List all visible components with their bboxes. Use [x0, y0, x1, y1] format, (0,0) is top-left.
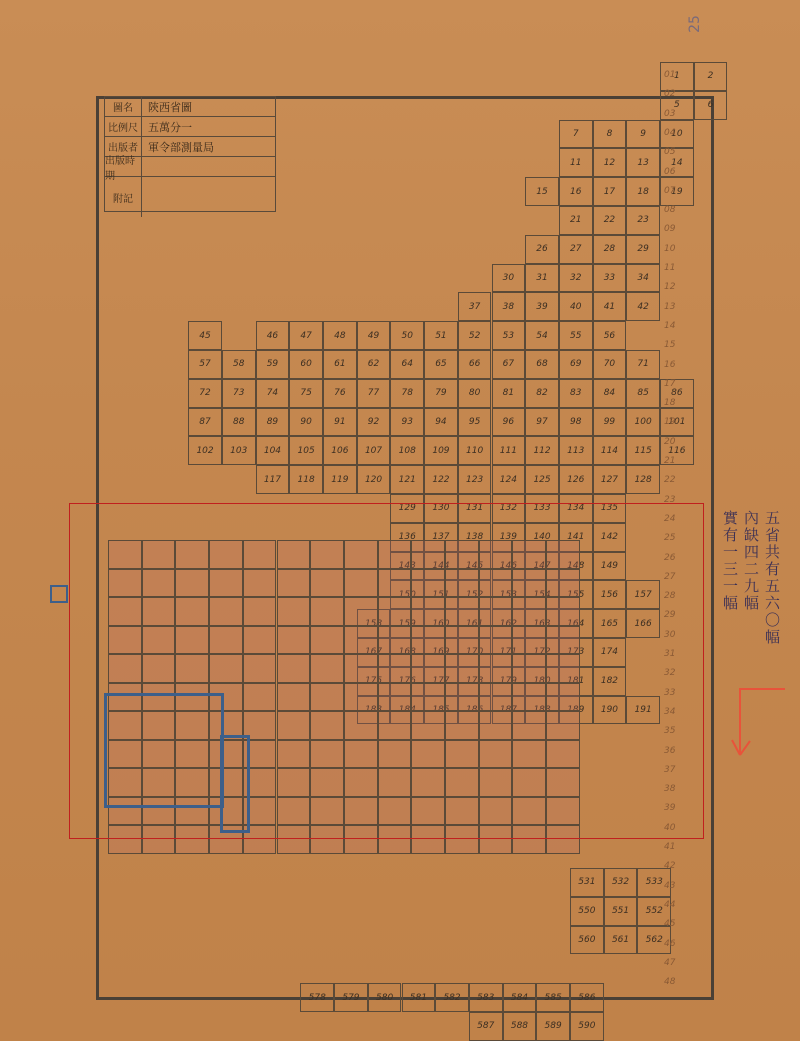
illegible-placename-cell — [310, 626, 344, 655]
illegible-placename-cell — [479, 740, 513, 769]
illegible-placename-cell — [411, 825, 445, 854]
map-sheet-cell: 182 — [593, 667, 627, 696]
map-sheet-cell: 46 — [256, 321, 290, 350]
map-sheet-cell: 117 — [256, 465, 290, 494]
illegible-placename-cell — [277, 740, 311, 769]
map-sheet-cell: 122 — [424, 465, 458, 494]
map-sheet-cell: 13 — [626, 148, 660, 177]
map-sheet-cell: 87 — [188, 408, 222, 437]
map-sheet-cell: 583 — [469, 983, 503, 1012]
note-line: 五省共有五六〇幅 — [762, 510, 783, 646]
map-sheet-cell: 590 — [570, 1012, 604, 1041]
map-sheet-cell: 80 — [458, 379, 492, 408]
map-sheet-cell: 190 — [593, 696, 627, 725]
illegible-placename-cell — [310, 825, 344, 854]
illegible-placename-cell — [546, 597, 580, 626]
illegible-placename-cell — [378, 540, 412, 569]
map-sheet-cell: 589 — [536, 1012, 570, 1041]
row-label: 26 — [664, 553, 675, 563]
map-sheet-cell: 54 — [525, 321, 559, 350]
map-sheet-cell: 73 — [222, 379, 256, 408]
illegible-placename-cell — [378, 825, 412, 854]
illegible-placename-cell — [108, 569, 142, 598]
illegible-placename-cell — [310, 569, 344, 598]
illegible-placename-cell — [310, 654, 344, 683]
map-sheet-cell: 582 — [435, 983, 469, 1012]
illegible-placename-cell — [243, 654, 277, 683]
map-sheet-cell: 52 — [458, 321, 492, 350]
map-sheet-cell: 115 — [626, 436, 660, 465]
row-label: 18 — [664, 398, 675, 408]
map-sheet-cell: 81 — [492, 379, 526, 408]
row-label: 11 — [664, 263, 675, 273]
map-sheet-cell: 129 — [390, 494, 424, 523]
illegible-placename-cell — [479, 540, 513, 569]
illegible-placename-cell — [344, 740, 378, 769]
illegible-placename-cell — [277, 768, 311, 797]
map-sheet-cell: 166 — [626, 609, 660, 638]
map-sheet-cell: 142 — [593, 523, 627, 552]
illegible-placename-cell — [378, 683, 412, 712]
illegible-placename-cell — [310, 768, 344, 797]
row-label: 09 — [664, 224, 675, 234]
map-sheet-cell: 26 — [525, 235, 559, 264]
map-sheet-cell: 27 — [559, 235, 593, 264]
illegible-placename-cell — [411, 797, 445, 826]
row-label: 12 — [664, 282, 675, 292]
map-sheet-cell: 128 — [626, 465, 660, 494]
row-label: 19 — [664, 417, 675, 427]
illegible-placename-cell — [142, 654, 176, 683]
map-sheet-cell: 94 — [424, 408, 458, 437]
map-sheet-cell: 62 — [357, 350, 391, 379]
illegible-placename-cell — [277, 825, 311, 854]
illegible-placename-cell — [411, 740, 445, 769]
illegible-placename-cell — [445, 683, 479, 712]
illegible-placename-cell — [512, 540, 546, 569]
map-sheet-cell: 82 — [525, 379, 559, 408]
map-sheet-cell: 90 — [289, 408, 323, 437]
illegible-placename-cell — [142, 825, 176, 854]
illegible-placename-cell — [344, 711, 378, 740]
illegible-placename-cell — [378, 768, 412, 797]
illegible-placename-cell — [142, 597, 176, 626]
map-sheet-cell: 6 — [694, 91, 728, 120]
map-sheet-cell: 37 — [458, 292, 492, 321]
map-sheet-cell: 8 — [593, 120, 627, 149]
map-sheet-cell: 92 — [357, 408, 391, 437]
map-sheet-cell: 560 — [570, 926, 604, 955]
map-sheet-cell: 95 — [458, 408, 492, 437]
row-label: 42 — [664, 861, 675, 871]
map-sheet-cell: 578 — [300, 983, 334, 1012]
map-sheet-cell: 17 — [593, 177, 627, 206]
map-sheet-cell: 119 — [323, 465, 357, 494]
illegible-placename-cell — [277, 654, 311, 683]
map-sheet-cell: 47 — [289, 321, 323, 350]
map-sheet-cell: 78 — [390, 379, 424, 408]
row-label: 16 — [664, 360, 675, 370]
illegible-placename-cell — [344, 797, 378, 826]
illegible-placename-cell — [243, 626, 277, 655]
illegible-placename-cell — [512, 569, 546, 598]
row-label: 05 — [664, 147, 675, 157]
row-label: 17 — [664, 379, 675, 389]
map-sheet-cell: 45 — [188, 321, 222, 350]
map-sheet-cell: 93 — [390, 408, 424, 437]
highlighted-sheet-block — [104, 693, 224, 808]
illegible-placename-cell — [411, 626, 445, 655]
map-sheet-cell: 149 — [593, 552, 627, 581]
map-sheet-cell: 532 — [604, 868, 638, 897]
map-sheet-cell: 22 — [593, 206, 627, 235]
map-sheet-cell: 32 — [559, 264, 593, 293]
map-sheet-cell: 66 — [458, 350, 492, 379]
illegible-placename-cell — [512, 768, 546, 797]
map-sheet-cell: 104 — [256, 436, 290, 465]
row-label: 28 — [664, 591, 675, 601]
map-sheet-cell: 107 — [357, 436, 391, 465]
illegible-placename-cell — [344, 540, 378, 569]
illegible-placename-cell — [142, 540, 176, 569]
illegible-placename-cell — [512, 740, 546, 769]
illegible-placename-cell — [479, 711, 513, 740]
map-sheet-cell: 580 — [368, 983, 402, 1012]
map-sheet-cell: 113 — [559, 436, 593, 465]
row-label: 13 — [664, 302, 675, 312]
map-sheet-cell: 29 — [626, 235, 660, 264]
illegible-placename-cell — [243, 683, 277, 712]
row-label: 29 — [664, 610, 675, 620]
illegible-placename-cell — [277, 797, 311, 826]
illegible-placename-cell — [546, 654, 580, 683]
map-sheet-cell: 130 — [424, 494, 458, 523]
row-label: 03 — [664, 109, 675, 119]
map-sheet-cell: 584 — [503, 983, 537, 1012]
map-sheet-cell: 64 — [390, 350, 424, 379]
map-sheet-cell: 40 — [559, 292, 593, 321]
illegible-placename-cell — [209, 597, 243, 626]
illegible-placename-cell — [512, 711, 546, 740]
illegible-placename-cell — [512, 597, 546, 626]
illegible-placename-cell — [546, 740, 580, 769]
illegible-placename-cell — [175, 569, 209, 598]
row-label: 48 — [664, 977, 675, 987]
illegible-placename-cell — [512, 683, 546, 712]
illegible-placename-cell — [445, 626, 479, 655]
illegible-placename-cell — [108, 654, 142, 683]
illegible-placename-cell — [209, 654, 243, 683]
map-sheet-cell: 102 — [188, 436, 222, 465]
map-sheet-cell: 71 — [626, 350, 660, 379]
illegible-placename-cell — [445, 711, 479, 740]
map-sheet-cell: 581 — [402, 983, 436, 1012]
map-sheet-cell: 48 — [323, 321, 357, 350]
row-label: 14 — [664, 321, 675, 331]
map-sheet-cell: 586 — [570, 983, 604, 1012]
illegible-placename-cell — [277, 569, 311, 598]
map-sheet-cell: 108 — [390, 436, 424, 465]
illegible-placename-cell — [445, 825, 479, 854]
map-sheet-cell: 134 — [559, 494, 593, 523]
row-label: 37 — [664, 765, 675, 775]
illegible-placename-cell — [512, 825, 546, 854]
illegible-placename-cell — [344, 569, 378, 598]
illegible-placename-cell — [546, 768, 580, 797]
illegible-placename-cell — [546, 540, 580, 569]
map-sheet-cell: 33 — [593, 264, 627, 293]
illegible-placename-cell — [546, 825, 580, 854]
row-label: 15 — [664, 340, 675, 350]
row-label: 46 — [664, 939, 675, 949]
map-sheet-cell: 72 — [188, 379, 222, 408]
row-label: 30 — [664, 630, 675, 640]
map-sheet-cell: 551 — [604, 897, 638, 926]
map-sheet-cell: 67 — [492, 350, 526, 379]
map-sheet-cell: 41 — [593, 292, 627, 321]
illegible-placename-cell — [344, 654, 378, 683]
row-label: 41 — [664, 842, 675, 852]
map-sheet-cell: 587 — [469, 1012, 503, 1041]
map-sheet-cell: 21 — [559, 206, 593, 235]
map-sheet-cell: 51 — [424, 321, 458, 350]
map-sheet-cell: 49 — [357, 321, 391, 350]
map-sheet-cell: 15 — [525, 177, 559, 206]
map-sheet-cell: 85 — [626, 379, 660, 408]
map-sheet-cell: 57 — [188, 350, 222, 379]
metadata-key: 附記 — [105, 177, 142, 217]
map-sheet-cell: 39 — [525, 292, 559, 321]
map-sheet-cell: 58 — [222, 350, 256, 379]
map-sheet-cell: 165 — [593, 609, 627, 638]
metadata-key: 圖名 — [105, 97, 142, 116]
map-sheet-cell: 16 — [559, 177, 593, 206]
illegible-placename-cell — [378, 654, 412, 683]
map-sheet-cell: 110 — [458, 436, 492, 465]
map-sheet-cell: 42 — [626, 292, 660, 321]
map-sheet-cell: 99 — [593, 408, 627, 437]
row-label: 47 — [664, 958, 675, 968]
map-sheet-cell: 30 — [492, 264, 526, 293]
illegible-placename-cell — [175, 626, 209, 655]
illegible-placename-cell — [445, 768, 479, 797]
illegible-placename-cell — [546, 569, 580, 598]
map-sheet-cell: 56 — [593, 321, 627, 350]
map-sheet-cell: 112 — [525, 436, 559, 465]
map-sheet-cell: 68 — [525, 350, 559, 379]
illegible-placename-cell — [310, 597, 344, 626]
map-sheet-cell: 126 — [559, 465, 593, 494]
illegible-placename-cell — [310, 711, 344, 740]
map-sheet-cell: 38 — [492, 292, 526, 321]
illegible-placename-cell — [344, 626, 378, 655]
illegible-placename-cell — [175, 825, 209, 854]
right-margin-note: 五省共有五六〇幅內缺四二九幅實有一三一幅 — [720, 510, 783, 646]
metadata-value: 軍令部測量局 — [142, 139, 214, 155]
map-sheet-cell: 579 — [334, 983, 368, 1012]
illegible-placename-cell — [479, 654, 513, 683]
map-sheet-cell: 550 — [570, 897, 604, 926]
illegible-placename-cell — [479, 597, 513, 626]
map-sheet-cell: 96 — [492, 408, 526, 437]
illegible-placename-cell — [175, 597, 209, 626]
map-sheet-cell: 135 — [593, 494, 627, 523]
illegible-placename-cell — [546, 683, 580, 712]
illegible-placename-cell — [411, 597, 445, 626]
map-sheet-cell: 88 — [222, 408, 256, 437]
illegible-placename-cell — [209, 540, 243, 569]
illegible-placename-cell — [546, 711, 580, 740]
illegible-placename-cell — [378, 626, 412, 655]
row-label: 08 — [664, 205, 675, 215]
metadata-key: 比例尺 — [105, 117, 142, 136]
map-sheet-cell: 65 — [424, 350, 458, 379]
map-sheet-cell: 69 — [559, 350, 593, 379]
map-sheet-cell: 103 — [222, 436, 256, 465]
metadata-box: 圖名陝西省圖比例尺五萬分一出版者軍令部測量局出版時期附記 — [104, 96, 276, 212]
map-sheet-cell: 114 — [593, 436, 627, 465]
row-label: 43 — [664, 881, 675, 891]
illegible-placename-cell — [411, 711, 445, 740]
map-sheet-cell: 31 — [525, 264, 559, 293]
metadata-value: 五萬分一 — [142, 119, 192, 135]
illegible-placename-cell — [378, 711, 412, 740]
illegible-placename-cell — [344, 768, 378, 797]
row-label: 22 — [664, 475, 675, 485]
map-sheet-cell: 174 — [593, 638, 627, 667]
row-label: 07 — [664, 186, 675, 196]
map-sheet-cell: 120 — [357, 465, 391, 494]
illegible-placename-cell — [310, 683, 344, 712]
metadata-key: 出版時期 — [105, 157, 142, 176]
illegible-placename-cell — [277, 540, 311, 569]
illegible-placename-cell — [411, 768, 445, 797]
metadata-row: 附記 — [105, 177, 275, 217]
illegible-placename-cell — [175, 654, 209, 683]
illegible-placename-cell — [277, 711, 311, 740]
map-sheet-cell: 7 — [559, 120, 593, 149]
map-sheet-cell: 125 — [525, 465, 559, 494]
map-sheet-cell: 124 — [492, 465, 526, 494]
illegible-placename-cell — [512, 626, 546, 655]
illegible-placename-cell — [310, 740, 344, 769]
illegible-placename-cell — [310, 797, 344, 826]
map-sheet-cell: 75 — [289, 379, 323, 408]
illegible-placename-cell — [445, 540, 479, 569]
map-sheet-cell: 2 — [694, 62, 728, 91]
illegible-placename-cell — [479, 825, 513, 854]
map-sheet-cell: 585 — [536, 983, 570, 1012]
illegible-placename-cell — [512, 654, 546, 683]
row-label: 04 — [664, 128, 675, 138]
map-sheet-cell: 100 — [626, 408, 660, 437]
illegible-placename-cell — [108, 597, 142, 626]
map-sheet-cell: 109 — [424, 436, 458, 465]
illegible-placename-cell — [378, 797, 412, 826]
map-sheet-cell: 76 — [323, 379, 357, 408]
map-sheet-cell: 157 — [626, 580, 660, 609]
illegible-placename-cell — [512, 797, 546, 826]
map-sheet-cell: 18 — [626, 177, 660, 206]
illegible-placename-cell — [445, 569, 479, 598]
red-arrow-mark — [730, 685, 790, 765]
row-label: 39 — [664, 803, 675, 813]
map-sheet-cell: 59 — [256, 350, 290, 379]
row-label: 10 — [664, 244, 675, 254]
row-label: 23 — [664, 495, 675, 505]
illegible-placename-cell — [108, 626, 142, 655]
illegible-placename-cell — [445, 597, 479, 626]
metadata-row: 出版時期 — [105, 157, 275, 177]
map-sheet-cell: 131 — [458, 494, 492, 523]
map-sheet-cell: 9 — [626, 120, 660, 149]
row-label: 38 — [664, 784, 675, 794]
illegible-placename-cell — [378, 569, 412, 598]
illegible-placename-cell — [479, 626, 513, 655]
row-label: 44 — [664, 900, 675, 910]
illegible-placename-cell — [479, 797, 513, 826]
map-sheet-cell: 156 — [593, 580, 627, 609]
map-sheet-cell: 55 — [559, 321, 593, 350]
illegible-placename-cell — [445, 740, 479, 769]
illegible-placename-cell — [344, 597, 378, 626]
illegible-placename-cell — [411, 569, 445, 598]
map-sheet-cell: 70 — [593, 350, 627, 379]
illegible-placename-cell — [411, 683, 445, 712]
map-sheet-cell: 98 — [559, 408, 593, 437]
illegible-placename-cell — [546, 797, 580, 826]
map-sheet-cell: 34 — [626, 264, 660, 293]
row-label: 06 — [664, 167, 675, 177]
illegible-placename-cell — [243, 540, 277, 569]
illegible-placename-cell — [277, 683, 311, 712]
map-sheet-cell: 28 — [593, 235, 627, 264]
note-line: 內缺四二九幅 — [741, 510, 762, 646]
metadata-value: 陝西省圖 — [142, 99, 192, 115]
map-sheet-cell: 74 — [256, 379, 290, 408]
illegible-placename-cell — [344, 683, 378, 712]
map-sheet-cell: 79 — [424, 379, 458, 408]
map-sheet-cell: 561 — [604, 926, 638, 955]
map-sheet-cell: 77 — [357, 379, 391, 408]
illegible-placename-cell — [277, 626, 311, 655]
metadata-row: 比例尺五萬分一 — [105, 117, 275, 137]
row-label: 45 — [664, 919, 675, 929]
map-sheet-cell: 97 — [525, 408, 559, 437]
row-label: 35 — [664, 726, 675, 736]
map-sheet-cell: 84 — [593, 379, 627, 408]
row-label: 36 — [664, 746, 675, 756]
row-label: 33 — [664, 688, 675, 698]
map-sheet-cell: 133 — [525, 494, 559, 523]
note-line: 實有一三一幅 — [720, 510, 741, 646]
map-sheet-cell: 60 — [289, 350, 323, 379]
row-label: 34 — [664, 707, 675, 717]
map-sheet-cell: 89 — [256, 408, 290, 437]
illegible-placename-cell — [411, 540, 445, 569]
blue-square-mark — [50, 585, 68, 603]
map-sheet-cell: 191 — [626, 696, 660, 725]
illegible-placename-cell — [378, 740, 412, 769]
map-sheet-cell: 588 — [503, 1012, 537, 1041]
map-sheet-cell: 127 — [593, 465, 627, 494]
illegible-placename-cell — [209, 569, 243, 598]
illegible-placename-cell — [479, 768, 513, 797]
map-sheet-cell: 91 — [323, 408, 357, 437]
row-label: 25 — [664, 533, 675, 543]
map-sheet-cell: 123 — [458, 465, 492, 494]
row-label: 27 — [664, 572, 675, 582]
